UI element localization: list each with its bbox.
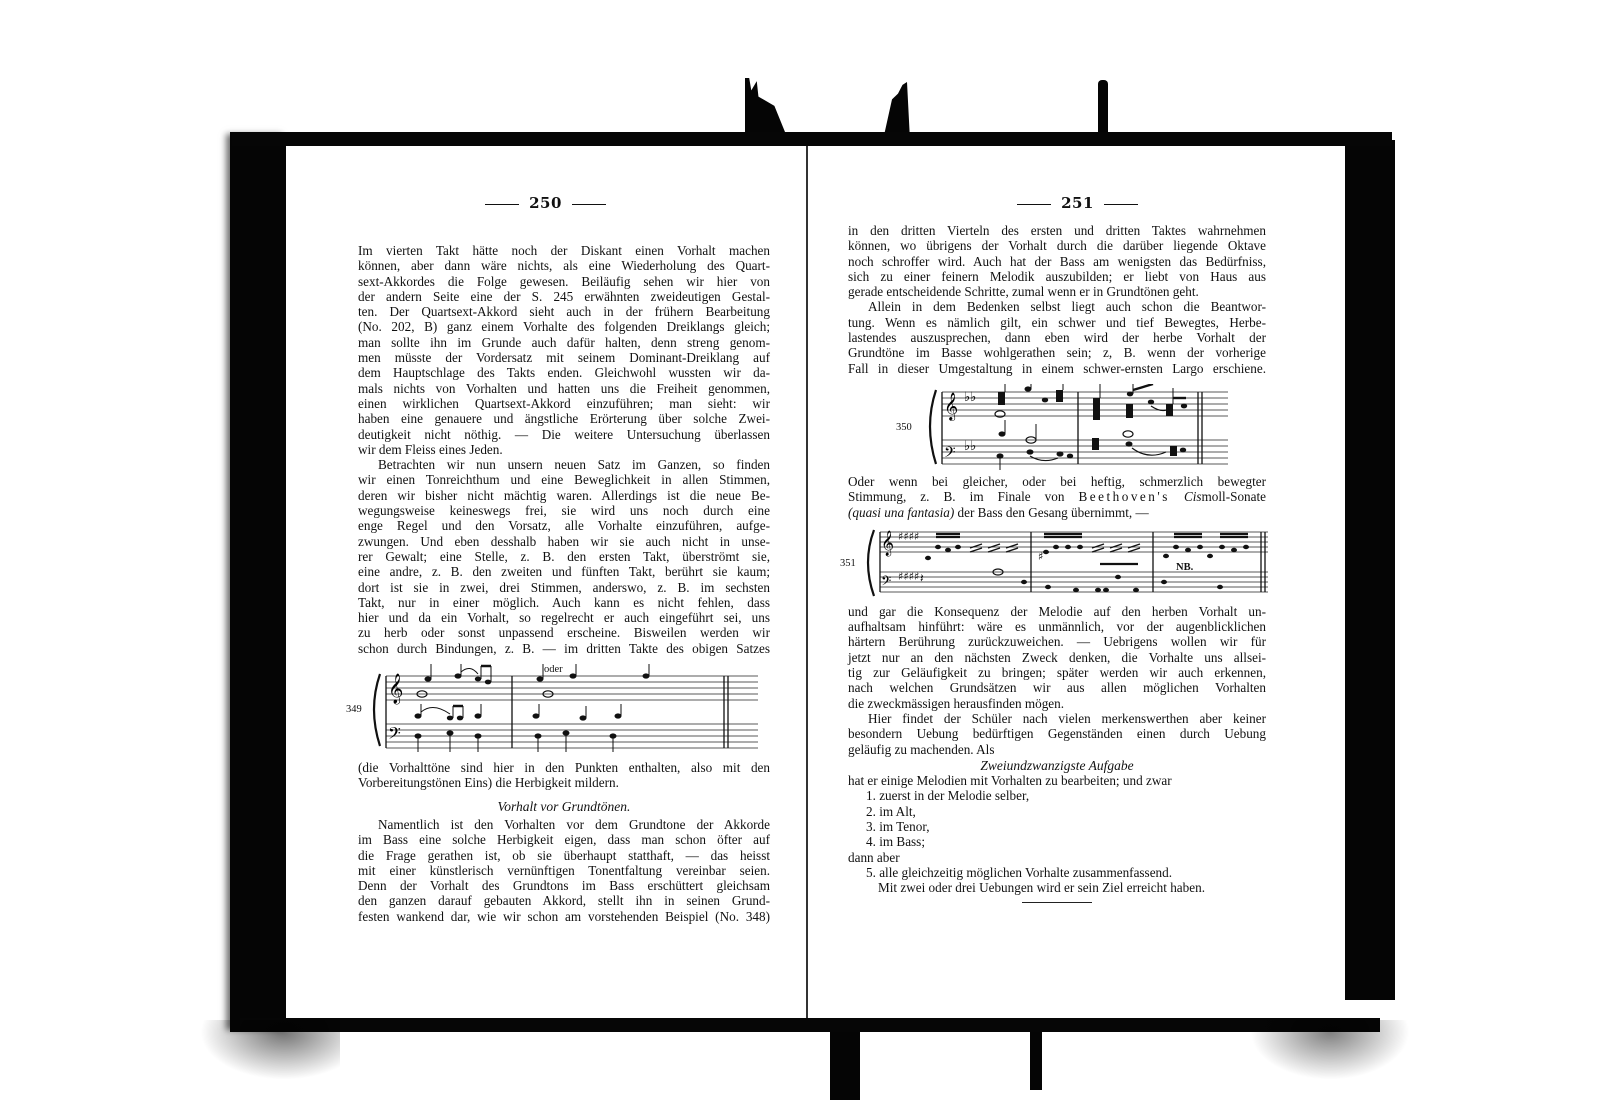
paragraph-line: Hier findet der Schüler nach vielen merk… bbox=[848, 711, 1266, 726]
paragraph-line: lastendes auszusprechen, dann eben wird … bbox=[848, 330, 1266, 345]
paragraph-line: wir dem Fleiss eines Jeden. bbox=[358, 442, 770, 457]
svg-text:♯♯♯♯: ♯♯♯♯ bbox=[898, 570, 919, 583]
paragraph-line: nach welchen Grundsätzen wir aus allen m… bbox=[848, 680, 1266, 695]
svg-text:𝄢: 𝄢 bbox=[388, 723, 401, 747]
paragraph-line: Grundtöne im Basse wohlgerathen sein; z,… bbox=[848, 345, 1266, 360]
paragraph-line: Vorbereitungstönen Eins) die Herbigkeit … bbox=[358, 775, 770, 790]
paragraph-line: (quasi una fantasia) der Bass den Gesang… bbox=[848, 505, 1266, 520]
paragraph-line: aufhaltsam hinführt: wäre es unmännlich,… bbox=[848, 619, 1266, 634]
music-example-349: 349 oder 𝄞 𝄢 bbox=[358, 664, 770, 754]
left-page-body: Im vierten Takt hätte noch der Diskant e… bbox=[358, 243, 770, 924]
key-name: Cis bbox=[1184, 489, 1202, 504]
task-item: 3. im Tenor, bbox=[848, 819, 1266, 834]
paragraph-line: den ganzen darauf gebauten Akkord, stell… bbox=[358, 893, 770, 908]
page-number: 251 bbox=[810, 194, 1345, 212]
paragraph-line: geläufig zu machenden. Als bbox=[848, 742, 1266, 757]
paragraph-line: besondern Uebung bedürftigen Gegenstände… bbox=[848, 726, 1266, 741]
paragraph-line: (No. 202, B) ganz einem Vorhalte des fol… bbox=[358, 319, 770, 334]
book-scan: 250 Im vierten Takt hätte noch der Diska… bbox=[0, 0, 1600, 1108]
paragraph-line: Allein in dem Bedenken selbst liegt auch… bbox=[848, 299, 1266, 314]
page-number: 250 bbox=[286, 194, 805, 212]
book-cover-left-edge bbox=[230, 132, 290, 1032]
svg-text:♯♯♯♯: ♯♯♯♯ bbox=[898, 530, 919, 543]
paragraph-line: die Frage gerathen ist, ob sie überhaupt… bbox=[358, 848, 770, 863]
torn-tab bbox=[1098, 80, 1108, 140]
right-page: 251 in den dritten Vierteln des ersten u… bbox=[810, 146, 1345, 1018]
paragraph-line: rer Gewalt; eine Stelle, z. B. den erste… bbox=[358, 549, 770, 564]
bottom-tab bbox=[830, 1030, 860, 1100]
music-example-350: 350 𝄞 𝄢 ♭♭ ♭♭ bbox=[848, 384, 1266, 468]
task-item: 2. im Alt, bbox=[848, 804, 1266, 819]
svg-text:𝄞: 𝄞 bbox=[944, 392, 958, 421]
paragraph-line: sich zu einer feinern Melodik auszubilde… bbox=[848, 269, 1266, 284]
paragraph: Im vierten Takt hätte noch der Diskant e… bbox=[358, 243, 770, 457]
paragraph-line: Oder wenn bei gleicher, oder bei heftig,… bbox=[848, 474, 1266, 489]
paragraph: Namentlich ist den Vorhalten vor dem Gru… bbox=[358, 817, 770, 924]
paragraph-line: noch schroffer wird. Auch hat der Bass a… bbox=[848, 254, 1266, 269]
paragraph-line: ten. Der Quartsext-Akkord sieht auch in … bbox=[358, 304, 770, 319]
task-list: 1. zuerst in der Melodie selber,2. im Al… bbox=[848, 788, 1266, 849]
book-top-edge bbox=[232, 132, 1392, 146]
task-item: 5. alle gleichzeitig möglichen Vorhalte … bbox=[848, 865, 1266, 880]
paragraph-line: Takt, nur in einer möglich. Auch kann es… bbox=[358, 595, 770, 610]
left-page: 250 Im vierten Takt hätte noch der Diska… bbox=[286, 146, 805, 1018]
paragraph-line: (die Vorhalttöne sind hier in den Punkte… bbox=[358, 760, 770, 775]
bottom-tab bbox=[1030, 1030, 1042, 1090]
svg-text:𝄢: 𝄢 bbox=[944, 444, 956, 465]
paragraph-line: einen wirklichen Quartsext-Akkord einzuf… bbox=[358, 396, 770, 411]
paragraph-line: dort ist sie in zwei, drei Stimmen, ande… bbox=[358, 580, 770, 595]
end-rule bbox=[1022, 902, 1092, 903]
paragraph-line: Im vierten Takt hätte noch der Diskant e… bbox=[358, 243, 770, 258]
music-notation: 𝄞 𝄢 bbox=[358, 664, 758, 756]
music-notation: 𝄞 𝄢 ♯♯♯♯ ♯♯♯♯ bbox=[848, 526, 1268, 600]
paragraph-line: men müsste der Vordersatz mit seinem Dom… bbox=[358, 350, 770, 365]
work-title: (quasi una fantasia) bbox=[848, 505, 954, 520]
paragraph-line: dem Hauptschlage des Takts enden. Gleich… bbox=[358, 365, 770, 380]
text-run: Stimmung, z. B. im Finale von bbox=[848, 489, 1078, 504]
paragraph-line: tig zur Geläufigkeit zu bringen; später … bbox=[848, 665, 1266, 680]
book-gutter bbox=[806, 146, 808, 1018]
paragraph-line: deren wir bisher nicht mächtig waren. Al… bbox=[358, 488, 770, 503]
paragraph-line: Denn der Vorhalt des Grundtons im Bass e… bbox=[358, 878, 770, 893]
paragraph-line: haben eine genauere und ängstliche Erört… bbox=[358, 411, 770, 426]
task-then: dann aber bbox=[848, 850, 1266, 865]
paragraph-line: festen wankend dar, wie wir schon am vor… bbox=[358, 909, 770, 924]
paragraph: in den dritten Vierteln des ersten und d… bbox=[848, 223, 1266, 299]
paragraph-line: eine andre, z. B. den zweiten und fünfte… bbox=[358, 564, 770, 579]
paragraph-line: schon durch Bindungen, z. B. — im dritte… bbox=[358, 641, 770, 656]
text-run: der Bass den Gesang übernimmt, — bbox=[954, 505, 1148, 520]
section-heading: Vorhalt vor Grundtönen. bbox=[358, 799, 770, 814]
svg-text:♭♭: ♭♭ bbox=[964, 390, 976, 405]
paragraph: Hier findet der Schüler nach vielen merk… bbox=[848, 711, 1266, 757]
paragraph-line: Namentlich ist den Vorhalten vor dem Gru… bbox=[358, 817, 770, 832]
paragraph-line: können, wo übrigens der Vorhalt durch di… bbox=[848, 238, 1266, 253]
paragraph: (die Vorhalttöne sind hier in den Punkte… bbox=[358, 760, 770, 791]
book-bottom-edge bbox=[240, 1018, 1380, 1032]
paragraph-line: zwungen. Und eben desshalb haben wir sie… bbox=[358, 534, 770, 549]
paragraph-line: wir einen Tonreichthum und eine Beweglic… bbox=[358, 472, 770, 487]
paragraph-line: deutigkeit nicht nöthig. — Die weitere U… bbox=[358, 427, 770, 442]
paragraph-line: und gar die Konsequenz der Melodie auf d… bbox=[848, 604, 1266, 619]
paragraph-line: enge Regel und den Vorsatz, alle Vorhalt… bbox=[358, 518, 770, 533]
task-heading: Zweiundzwanzigste Aufgabe bbox=[848, 758, 1266, 773]
svg-text:𝄞: 𝄞 bbox=[881, 530, 894, 556]
svg-text:𝄽: 𝄽 bbox=[920, 571, 924, 585]
paragraph-line: die zweckmässigen herausfinden mögen. bbox=[848, 696, 1266, 711]
paragraph: und gar die Konsequenz der Melodie auf d… bbox=[848, 604, 1266, 711]
music-notation: 𝄞 𝄢 ♭♭ ♭♭ bbox=[848, 384, 1268, 470]
paragraph: Betrachten wir nun unsern neuen Satz im … bbox=[358, 457, 770, 656]
task-intro: hat er einige Melodien mit Vorhalten zu … bbox=[848, 773, 1266, 788]
page-number-text: 250 bbox=[529, 194, 562, 212]
paragraph-line: man sollte ihn im Grunde auch dafür halt… bbox=[358, 335, 770, 350]
paragraph-line: mit einer künstlerisch vernünftigen Tone… bbox=[358, 863, 770, 878]
paragraph-line: können, aber dann wäre nichts, als eine … bbox=[358, 258, 770, 273]
page-number-text: 251 bbox=[1061, 194, 1094, 212]
torn-tab bbox=[745, 78, 787, 140]
paragraph-line: wegungsweise keineswegs frei, sie wird u… bbox=[358, 503, 770, 518]
svg-text:𝄢: 𝄢 bbox=[881, 573, 891, 592]
closing-line: Mit zwei oder drei Uebungen wird er sein… bbox=[848, 880, 1266, 895]
paragraph-line: Betrachten wir nun unsern neuen Satz im … bbox=[358, 457, 770, 472]
text-run: moll-Sonate bbox=[1202, 489, 1266, 504]
task-item: 1. zuerst in der Melodie selber, bbox=[848, 788, 1266, 803]
paragraph-line: gerade entscheidende Schritte, zumal wen… bbox=[848, 284, 1266, 299]
paragraph-line: der andern Seite eine der S. 245 erwähnt… bbox=[358, 289, 770, 304]
music-example-351: 351 NB. 𝄞 𝄢 ♯♯♯♯ ♯♯♯♯ bbox=[848, 526, 1266, 598]
scan-smudge bbox=[200, 1020, 340, 1080]
paragraph-line: jetzt nur an den nächsten Zweck denken, … bbox=[848, 650, 1266, 665]
paragraph-line: hier und da ein Vorhalt, so regelrecht e… bbox=[358, 610, 770, 625]
svg-text:♭♭: ♭♭ bbox=[964, 439, 976, 454]
paragraph-line: zu herb oder sonst unpassend erscheine. … bbox=[358, 625, 770, 640]
paragraph-line: mals nichts von Vorhalten und hatten uns… bbox=[358, 381, 770, 396]
task-item: 4. im Bass; bbox=[848, 834, 1266, 849]
paragraph-line: sext-Akkordes die Folge gewesen. Beiläuf… bbox=[358, 274, 770, 289]
book-cover-right-edge bbox=[1345, 140, 1395, 1000]
composer-name: Beethoven's bbox=[1078, 489, 1169, 504]
paragraph-line: in den dritten Vierteln des ersten und d… bbox=[848, 223, 1266, 238]
paragraph-line: Fall in dieser Umgestaltung in einem sch… bbox=[848, 361, 1266, 376]
paragraph-line: tung. Wenn es nämlich gilt, ein schwer u… bbox=[848, 315, 1266, 330]
svg-text:𝄞: 𝄞 bbox=[388, 673, 403, 705]
paragraph: Allein in dem Bedenken selbst liegt auch… bbox=[848, 299, 1266, 375]
paragraph-line: härtern Berührung zurückzuweichen. — Ueb… bbox=[848, 634, 1266, 649]
scan-smudge bbox=[1250, 1020, 1410, 1080]
svg-text:♯: ♯ bbox=[1038, 550, 1043, 563]
paragraph-line: Stimmung, z. B. im Finale von Beethoven'… bbox=[848, 489, 1266, 504]
paragraph-line: im Bass eine solche Herbigkeit eigen, da… bbox=[358, 832, 770, 847]
right-page-body: in den dritten Vierteln des ersten und d… bbox=[848, 223, 1266, 903]
